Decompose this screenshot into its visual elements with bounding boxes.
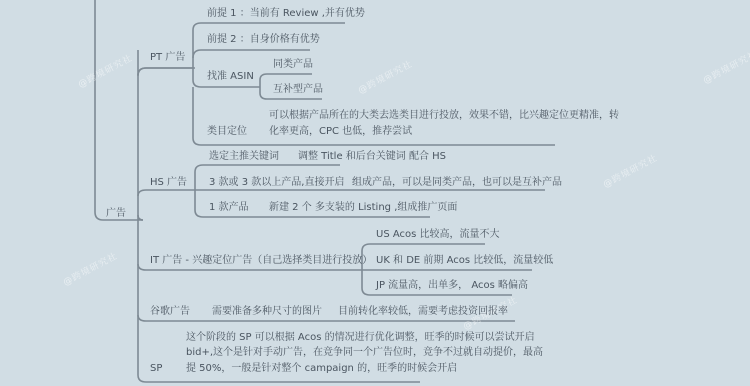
note-hs-1-product: 新建 2 个 多支装的 Listing ,组成推广页面: [269, 201, 457, 214]
note-hs-keywords: 调整 Title 和后台关键词 配合 HS: [298, 150, 446, 163]
node-google-ads[interactable]: 谷歌广告: [150, 305, 190, 318]
node-asin-same-category[interactable]: 同类产品: [273, 58, 313, 71]
note-category-targeting-line2: 化率更高，CPC 也低，推荐尝试: [269, 125, 412, 138]
node-hs-keywords[interactable]: 选定主推关键词: [209, 150, 279, 163]
node-it-us[interactable]: US Acos 比较高，流量不大: [376, 228, 500, 241]
node-pt-find-asin[interactable]: 找准 ASIN: [207, 70, 254, 83]
node-pt-premise-1[interactable]: 前提 1 ：当前有 Review ,并有优势: [207, 7, 365, 20]
note-category-targeting-line1: 可以根据产品所在的大类去选类目进行投放，效果不错，比兴趣定位更精准，转: [269, 109, 619, 122]
node-pt-ads[interactable]: PT 广告: [150, 51, 185, 64]
note-hs-3-products: 组成产品，可以是同类产品，也可以是互补产品: [352, 176, 562, 189]
node-hs-3-products[interactable]: 3 款或 3 款以上产品,直接开启: [209, 176, 344, 189]
node-it-uk-de[interactable]: UK 和 DE 前期 Acos 比较低，流量较低: [376, 254, 553, 267]
note-sp-line3: 提 50%，一般是针对整个 campaign 的，旺季的时候会开启: [186, 362, 457, 375]
node-asin-complementary[interactable]: 互补型产品: [273, 83, 323, 96]
node-pt-category-targeting[interactable]: 类目定位: [207, 125, 247, 138]
note-sp-line2: bid+,这个是针对手动广告，在竞争同一个广告位时，竞争不过就自动提价，最高: [186, 346, 543, 359]
node-hs-ads[interactable]: HS 广告: [150, 176, 187, 189]
mindmap-canvas: @跨境研究社 @跨境研究社 @跨境研究社 @跨境研究社 @跨境研究社 @跨境研究…: [0, 0, 750, 386]
node-pt-premise-2[interactable]: 前提 2 ：自身价格有优势: [207, 33, 320, 46]
note-sp-line1: 这个阶段的 SP 可以根据 Acos 的情况进行优化调整，旺季的时候可以尝试开启: [186, 331, 535, 344]
note-google-images: 需要准备多种尺寸的图片: [212, 305, 322, 318]
node-it-ads[interactable]: IT 广告 - 兴趣定位广告（自己选择类目进行投放）: [150, 254, 372, 267]
node-ads[interactable]: 广告: [106, 207, 126, 220]
node-sp[interactable]: SP: [150, 362, 162, 375]
node-it-jp[interactable]: JP 流量高，出单多， Acos 略偏高: [376, 279, 528, 292]
note-google-conversion: 目前转化率较低，需要考虑投资回报率: [338, 305, 508, 318]
node-hs-1-product[interactable]: 1 款产品: [209, 201, 249, 214]
